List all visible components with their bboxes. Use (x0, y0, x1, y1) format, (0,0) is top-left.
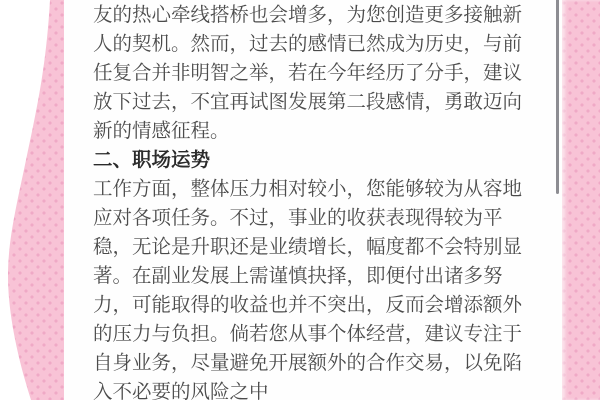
article-scroll-area[interactable]: 友的热心牵线搭桥也会增多，为您创造更多接触新人的契机。然而，过去的感情已然成为历… (93, 1, 538, 400)
paragraph-line: 稳，无论是升职还是业绩增长，幅度都不会特别显 (93, 233, 538, 262)
section-heading: 二、职场运势 (93, 146, 538, 175)
paragraph-line: 入不必要的风险之中 (93, 378, 538, 400)
paragraph-line: 自身业务，尽量避免开展额外的合作交易，以免陷 (93, 349, 538, 378)
page-root: 友的热心牵线搭桥也会增多，为您创造更多接触新人的契机。然而，过去的感情已然成为历… (0, 0, 600, 400)
paragraph-line: 应对各项任务。不过，事业的收获表现得较为平 (93, 204, 538, 233)
left-decor-band (0, 0, 64, 400)
paragraph-line: 工作方面，整体压力相对较小，您能够较为从容地 (93, 175, 538, 204)
right-decor-band (562, 0, 600, 400)
paragraph-line: 著。在副业发展上需谨慎抉择，即便付出诸多努 (93, 262, 538, 291)
paragraph-line: 力，可能取得的收益也并不突出，反而会增添额外 (93, 291, 538, 320)
paragraph-line: 新的情感征程。 (93, 117, 538, 146)
paragraph-line: 的压力与负担。倘若您从事个体经营，建议专注于 (93, 320, 538, 349)
scrollbar-thumb[interactable] (556, 0, 559, 194)
left-wave-shape (0, 0, 64, 400)
paragraph-line: 友的热心牵线搭桥也会增多，为您创造更多接触新 (93, 1, 538, 30)
paragraph-line: 任复合并非明智之举，若在今年经历了分手，建议 (93, 59, 538, 88)
paragraph-line: 放下过去，不宜再试图发展第二段感情，勇敢迈向 (93, 88, 538, 117)
paragraph-line: 人的契机。然而，过去的感情已然成为历史，与前 (93, 30, 538, 59)
